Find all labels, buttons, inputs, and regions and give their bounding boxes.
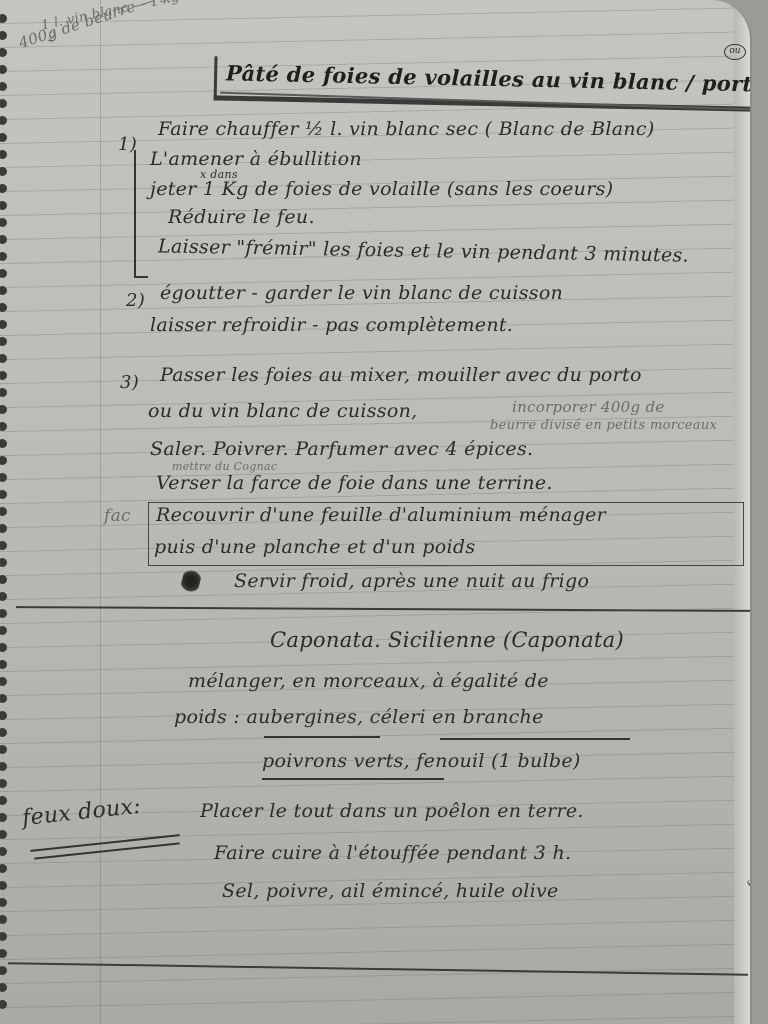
step1-line3: jeter 1 Kg de foies de volaille (sans le… <box>150 178 613 200</box>
step3-line1: Passer les foies au mixer, mouiller avec… <box>160 364 642 386</box>
pencil-insert-butter-2: beurre divisé en petits morceaux <box>490 418 717 433</box>
spiral-binding <box>0 14 10 1024</box>
recipe2-line5: Faire cuire à l'étouffée pendant 3 h. <box>214 842 571 864</box>
step3-line3: Saler. Poivrer. Parfumer avec 4 épices. <box>150 438 533 460</box>
step2-line2: laisser refroidir - pas complètement. <box>150 314 513 336</box>
step3-number: 3) <box>120 372 139 393</box>
title-alt-marker: ou <box>724 44 746 60</box>
step2-number: 2) <box>126 290 145 311</box>
step1-bracket <box>134 150 148 278</box>
recipe2-line4: Placer le tout dans un poêlon en terre. <box>200 800 584 822</box>
underline-poivrons <box>262 778 444 780</box>
underline-celeri <box>440 738 630 740</box>
pencil-insert-butter: incorporer 400g de <box>512 398 665 416</box>
recipe2-line2: poids : aubergines, céleri en branche <box>174 706 544 728</box>
step3-line7: Servir froid, après une nuit au frigo <box>234 570 589 592</box>
underline-aubergines <box>264 736 380 738</box>
margin-note-fac: fac <box>104 506 131 526</box>
step3-line6: puis d'une planche et d'un poids <box>154 536 475 558</box>
step1-line2: L'amener à ébullition <box>150 148 362 170</box>
margin-line <box>100 0 101 1024</box>
step2-line1: égoutter - garder le vin blanc de cuisso… <box>160 282 563 304</box>
recipe2-title: Caponata. Sicilienne (Caponata) <box>270 628 624 652</box>
step3-line2: ou du vin blanc de cuisson, <box>148 400 417 422</box>
recipe2-line3: poivrons verts, fenouil (1 bulbe) <box>262 750 581 772</box>
step3-line4: Verser la farce de foie dans une terrine… <box>156 472 553 494</box>
step3-line5: Recouvrir d'une feuille d'aluminium ména… <box>156 504 606 526</box>
step1-line4: Réduire le feu. <box>168 206 315 228</box>
recipe2-line6: Sel, poivre, ail émincé, huile olive <box>222 880 559 902</box>
step1-line1: Faire chauffer ½ l. vin blanc sec ( Blan… <box>158 118 655 140</box>
notebook-page: 1 l. vin blanc — 1 kg 2 400g de beurre —… <box>0 0 752 1024</box>
recipe2-line1: mélanger, en morceaux, à égalité de <box>188 670 549 692</box>
